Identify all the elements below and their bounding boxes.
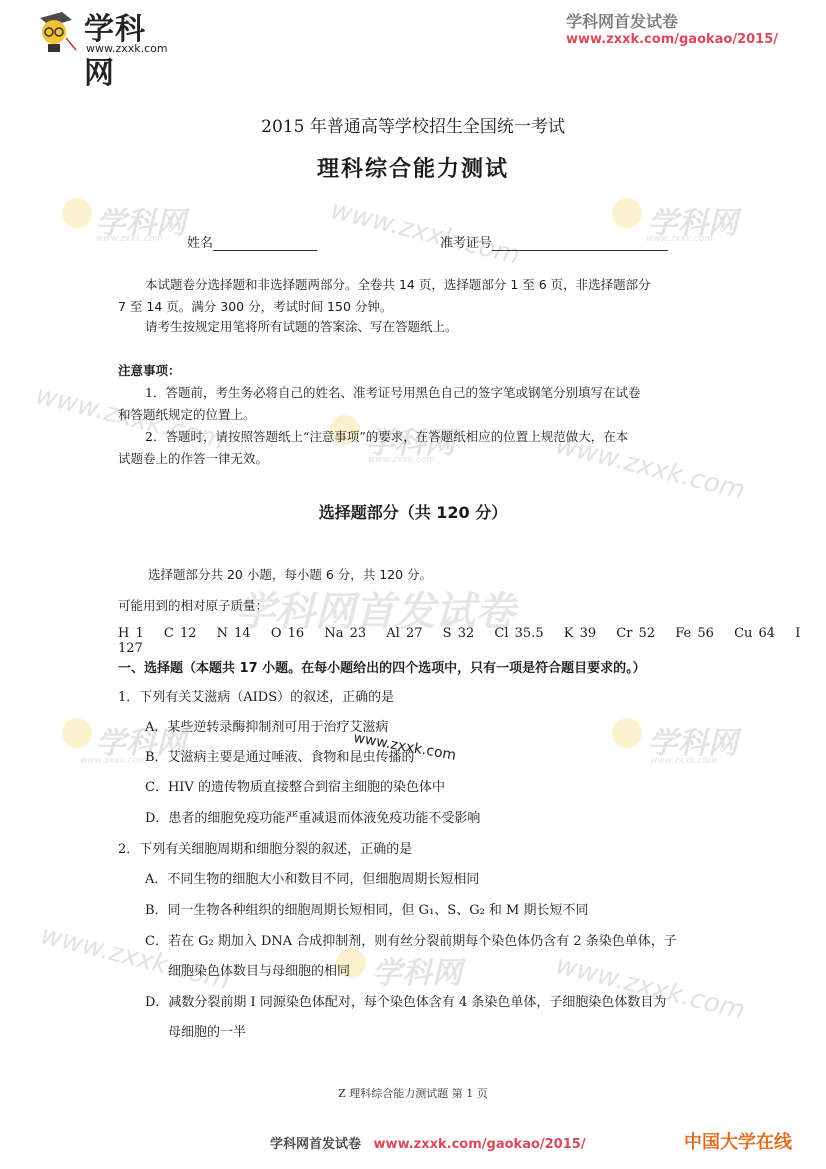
watermark-logo: 学科网 xyxy=(648,718,738,762)
footer-brand-url[interactable]: www.zxxk.com/gaokao/2015/ xyxy=(374,1137,586,1152)
question-2-option-a[interactable]: A．不同生物的细胞大小和数目不同，但细胞周期长短相同 xyxy=(145,870,479,890)
mass-item: Cu 64 xyxy=(734,626,775,641)
intro-line-3: 请考生按规定用笔将所有试题的答案涂、写在答题纸上。 xyxy=(145,316,458,338)
question-1-option-b[interactable]: B．艾滋病主要是通过唾液、食物和昆虫传播的 xyxy=(145,748,415,768)
name-label: 姓名 xyxy=(187,236,213,251)
question-2-option-d[interactable]: D．减数分裂前期 I 同源染色体配对，每个染色体含有 4 条染色单体，子细胞染色… xyxy=(145,993,666,1013)
watermark-url: www.zxxk.com xyxy=(80,756,147,766)
id-label: 准考证号 xyxy=(440,236,492,251)
id-blank[interactable] xyxy=(492,236,668,251)
note-1-line-2: 和答题纸规定的位置上。 xyxy=(118,404,256,426)
part-heading: 一、选择题（本题共 17 小题。在每小题给出的四个选项中，只有一项是符合题目要求… xyxy=(118,657,646,676)
watermark-url: www.zxxk.com xyxy=(96,234,163,244)
watermark-url: www.zxxk.com xyxy=(650,756,717,766)
question-2-option-c-cont: 细胞染色体数目与母细胞的相同 xyxy=(168,962,350,982)
id-field[interactable]: 准考证号 xyxy=(440,232,668,251)
question-2-stem: 2．下列有关细胞周期和细胞分裂的叙述，正确的是 xyxy=(118,840,412,860)
mass-item: N 14 xyxy=(217,626,251,641)
watermark-mascot-icon xyxy=(612,198,642,228)
footer-brand[interactable]: 学科网首发试卷 www.zxxk.com/gaokao/2015/ xyxy=(270,1133,586,1152)
watermark-logo: 学科网 xyxy=(372,948,462,992)
watermark-mascot-icon xyxy=(62,718,92,748)
note-1-line-1: 1．答题前，考生务必将自己的姓名、准考证号用黑色自己的签字笔或钢笔分别填写在试卷 xyxy=(145,382,640,404)
mass-item: Fe 56 xyxy=(675,626,714,641)
mass-item: Cr 52 xyxy=(616,626,655,641)
mass-item: C 12 xyxy=(164,626,197,641)
site-logo[interactable]: 学科网 www.zxxk.com xyxy=(36,4,176,56)
question-1-option-a[interactable]: A．某些逆转录酶抑制剂可用于治疗艾滋病 xyxy=(145,718,388,738)
section-title: 选择题部分（共 120 分） xyxy=(0,500,826,523)
mascot-icon xyxy=(36,10,78,56)
question-2-option-b[interactable]: B．同一生物各种组织的细胞周期长短相同，但 G₁、S、G₂ 和 M 期长短不同 xyxy=(145,901,589,921)
watermark-mascot-icon xyxy=(62,198,92,228)
header-promo[interactable]: 学科网首发试卷 www.zxxk.com/gaokao/2015/ xyxy=(566,12,778,48)
logo-url: www.zxxk.com xyxy=(86,42,168,55)
subject-title: 理科综合能力测试 xyxy=(0,152,826,183)
mass-item: H 1 xyxy=(118,626,144,641)
watermark-logo: 学科网 xyxy=(96,198,186,242)
watermark-url: www.zxxk.com xyxy=(553,950,748,1026)
section-summary: 选择题部分共 20 小题，每小题 6 分，共 120 分。 xyxy=(148,564,432,586)
promo-title: 学科网首发试卷 xyxy=(566,12,778,32)
mass-item: Al 27 xyxy=(386,626,422,641)
partner-logo[interactable]: 中国大学在线 xyxy=(684,1128,792,1154)
intro-line-2: 7 至 14 页。满分 300 分，考试时间 150 分钟。 xyxy=(118,296,392,318)
question-2-option-c[interactable]: C．若在 G₂ 期加入 DNA 合成抑制剂，则有丝分裂前期每个染色体仍含有 2 … xyxy=(145,932,677,952)
mass-item: O 16 xyxy=(271,626,304,641)
masses-label: 可能用到的相对原子质量： xyxy=(118,595,268,617)
note-2-line-1: 2．答题时，请按照答题纸上“注意事项”的要求，在答题纸相应的位置上规范做大，在本 xyxy=(145,426,628,448)
page-footer: Z 理科综合能力测试题 第 1 页 xyxy=(0,1085,826,1101)
atomic-masses-list: H 1 C 12 N 14 O 16 Na 23 Al 27 S 32 Cl 3… xyxy=(118,626,826,656)
notes-heading: 注意事项： xyxy=(118,360,181,382)
question-2-option-d-cont: 母细胞的一半 xyxy=(168,1023,246,1043)
footer-brand-title: 学科网首发试卷 xyxy=(270,1137,361,1152)
mass-item: Na 23 xyxy=(324,626,366,641)
mass-item: S 32 xyxy=(443,626,475,641)
question-1-stem: 1．下列有关艾滋病（AIDS）的叙述，正确的是 xyxy=(118,688,394,708)
watermark-mascot-icon xyxy=(612,718,642,748)
mass-item: K 39 xyxy=(564,626,596,641)
watermark-url: www.zxxk.com xyxy=(368,455,435,465)
exam-title: 2015 年普通高等学校招生全国统一考试 xyxy=(0,112,826,137)
note-2-line-2: 试题卷上的作答一律无效。 xyxy=(118,448,268,470)
name-field[interactable]: 姓名 xyxy=(187,232,317,251)
mass-item: Cl 35.5 xyxy=(494,626,543,641)
name-blank[interactable] xyxy=(213,236,317,251)
question-1-option-c[interactable]: C．HIV 的遗传物质直接整合到宿主细胞的染色体中 xyxy=(145,778,445,798)
question-1-option-d[interactable]: D．患者的细胞免疫功能严重减退而体液免疫功能不受影响 xyxy=(145,809,480,829)
promo-url[interactable]: www.zxxk.com/gaokao/2015/ xyxy=(566,32,778,48)
intro-line-1: 本试题卷分选择题和非选择题两部分。全卷共 14 页，选择题部分 1 至 6 页，… xyxy=(145,274,651,296)
